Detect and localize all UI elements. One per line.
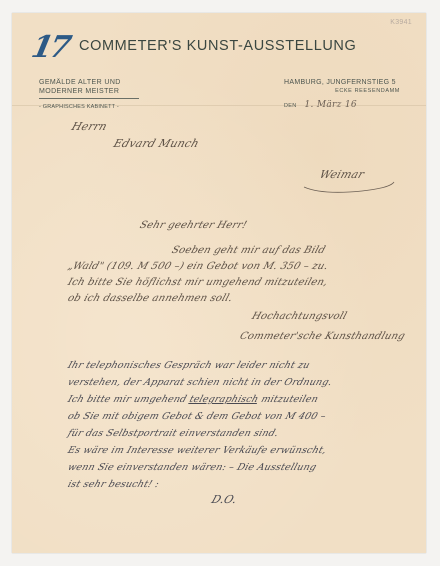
letterhead-title: COMMETER'S KUNST-AUSSTELLUNG [79,38,356,54]
note-line-6: Es wäre im Interesse weiterer Verkäufe e… [66,445,328,456]
note-line-3-pre: Ich bitte mir umgehend [66,394,188,405]
letterhead-left-block: GEMÄLDE ALTER UND MODERNER MEISTER - GRA… [39,78,139,112]
closing: Hochachtungsvoll [250,311,348,322]
body-line-3: Ich bitte Sie höflichst mir umgehend mit… [66,277,329,288]
body-line-1: Soeben geht mir auf das Bild [170,245,327,256]
body-line-4: ob ich dasselbe annehmen soll. [66,293,234,304]
letterhead-divider [39,98,139,99]
note-line-5: für das Selbstportrait einverstanden sin… [66,428,280,439]
letterhead-address-block: HAMBURG, JUNGFERNSTIEG 5 ECKE REESENDAMM… [284,78,400,111]
address-line1: HAMBURG, JUNGFERNSTIEG 5 [284,78,400,87]
letter-page: K3941 17 COMMETER'S KUNST-AUSSTELLUNG GE… [12,13,426,553]
date-value: 1. März 16 [305,101,357,110]
address-line2: ECKE REESENDAMM [284,87,400,96]
letterhead-left-sub: - GRAPHISCHES KABINETT - [39,103,139,112]
letterhead-left-line1: GEMÄLDE ALTER UND [39,78,139,87]
greeting: Sehr geehrter Herr! [138,220,248,231]
note-line-3-post: mitzuteilen [260,394,320,405]
recipient-city: Weimar [318,168,366,181]
note-line-2: verstehen, der Apparat schien nicht in d… [66,377,333,388]
letterhead-left-line2: MODERNER MEISTER [39,87,139,96]
note-line-1: Ihr telephonisches Gespräch war leider n… [66,360,311,371]
note-line-8: ist sehr besucht! : [66,479,160,490]
city-swash-underline [302,181,397,195]
note-line-4: ob Sie mit obigem Gebot & dem Gebot von … [66,411,327,422]
recipient-salutation: Herrn [70,120,109,133]
date-label: DEN [284,102,297,111]
note-line-3: Ich bitte mir umgehend telegraphisch mit… [66,394,319,405]
body-line-2: „Wald" (109. M 500 –) ein Gebot von M. 3… [66,261,329,272]
note-line-7: wenn Sie einverstanden wären: – Die Auss… [66,462,318,473]
signature: Commeter'sche Kunsthandlung [238,331,406,342]
note-initials: D.O. [210,493,239,506]
archive-id: K3941 [390,19,412,26]
recipient-name: Edvard Munch [112,137,201,150]
note-underlined-word: telegraphisch [188,394,260,405]
date-row: DEN 1. März 16 [284,101,400,111]
folio-number: 17 [28,30,71,65]
